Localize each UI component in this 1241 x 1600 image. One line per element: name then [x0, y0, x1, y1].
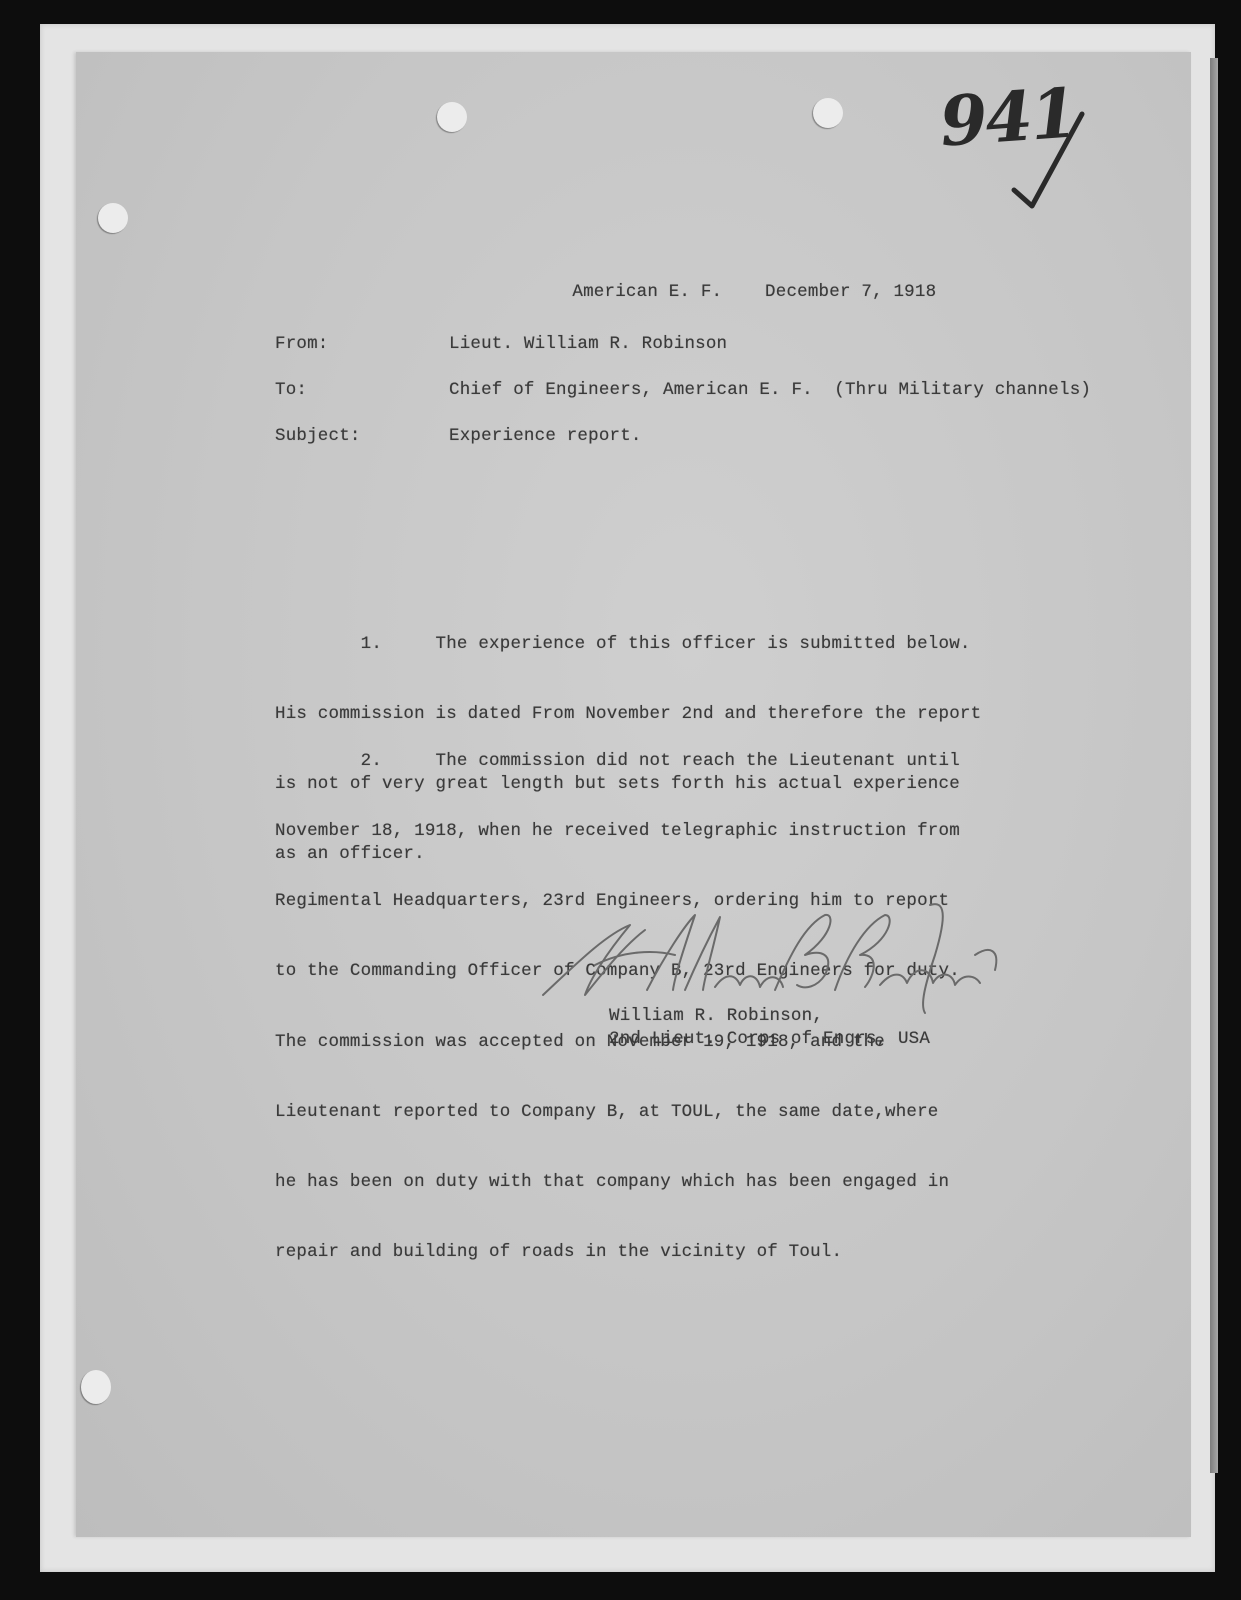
header-date: December 7, 1918 [765, 282, 936, 302]
from-value: Lieut. William R. Robinson [449, 334, 727, 354]
sheet-edge-shadow [1210, 58, 1218, 1473]
handwritten-signature [535, 895, 1005, 1015]
typed-signature-name: William R. Robinson, [609, 1006, 823, 1026]
punch-hole-left-lower [81, 1370, 111, 1404]
paragraph-line: 2. The commission did not reach the Lieu… [275, 750, 960, 773]
paragraph-line: Lieutenant reported to Company B, at TOU… [275, 1101, 960, 1124]
punch-hole-top-right [813, 98, 843, 128]
check-mark-icon [1010, 110, 1090, 210]
punch-hole-left-upper [98, 203, 128, 233]
subject-label: Subject: [275, 426, 361, 446]
header-place: American E. F. [572, 282, 722, 302]
subject-value: Experience report. [449, 426, 642, 446]
paragraph-line: he has been on duty with that company wh… [275, 1171, 960, 1194]
document-header: American E. F. December 7, 1918 [551, 262, 936, 302]
paragraph-line: repair and building of roads in the vici… [275, 1241, 960, 1264]
to-value: Chief of Engineers, American E. F. (Thru… [449, 380, 1091, 400]
typed-signature-title: 2nd Lieut. Corps of Engrs, USA [609, 1029, 930, 1049]
from-label: From: [275, 334, 329, 354]
paragraph-line: November 18, 1918, when he received tele… [275, 820, 960, 843]
to-label: To: [275, 380, 307, 400]
paragraph-line: 1. The experience of this officer is sub… [275, 633, 981, 656]
punch-hole-top-left [437, 102, 467, 132]
